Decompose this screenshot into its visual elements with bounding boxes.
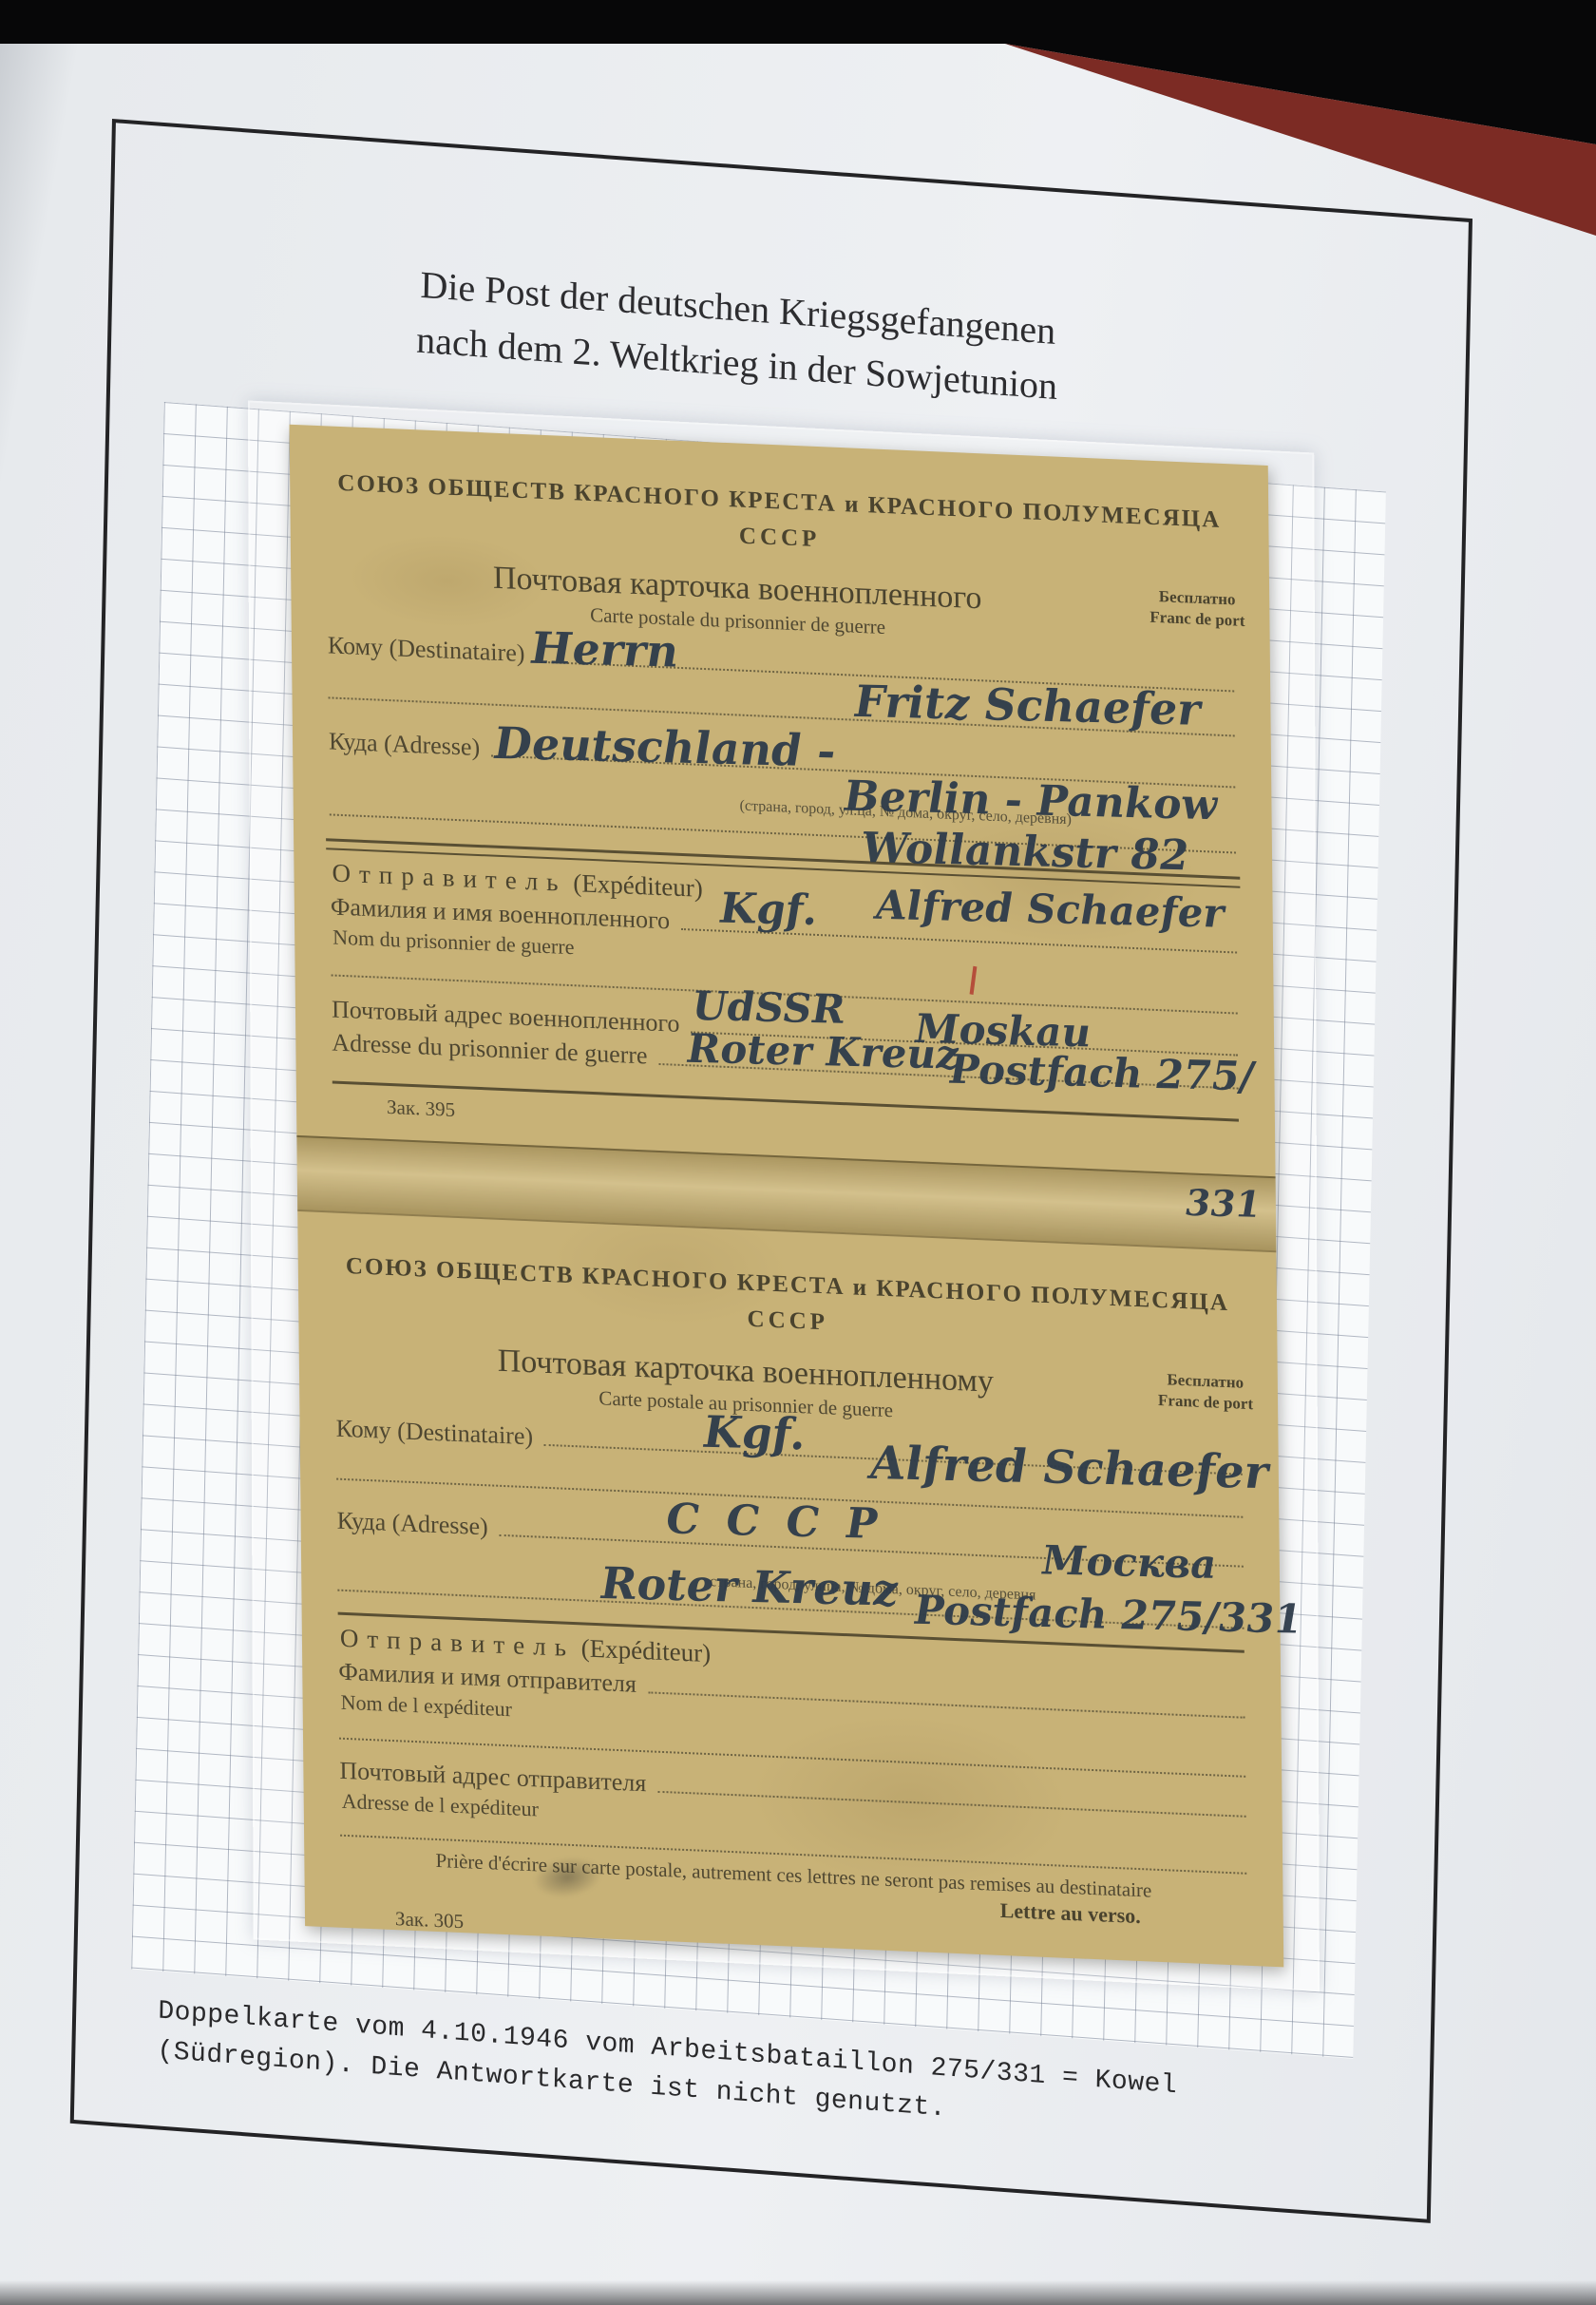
handwriting-fritz-schaefer: Fritz Schaefer <box>854 676 1201 735</box>
photo-bottom-shadow <box>0 2280 1596 2305</box>
handwriting-herrn: Herrn <box>530 622 678 677</box>
reply-handwriting-kgf: Kgf. <box>703 1406 806 1460</box>
reply-handwriting-postfach: Postfach 275/331 <box>914 1587 1303 1643</box>
handwriting-alfred-schaefer: Alfred Schaefer <box>875 882 1225 937</box>
handwriting-wollankstr: Wollankstr 82 <box>861 824 1189 881</box>
free-of-charge-note: Бесплатно Franc de port <box>1149 586 1245 632</box>
address-label: Куда (Adresse) <box>329 725 480 763</box>
sender-ru: Отправитель <box>332 859 566 897</box>
double-postcard: СОЮЗ ОБЩЕСТВ КРАСНОГО КРЕСТА и КРАСНОГО … <box>290 425 1284 1968</box>
handwriting-roter-kreuz: Roter Kreuz <box>687 1025 959 1078</box>
free-of-charge-note: Бесплатно Franc de port <box>1158 1369 1254 1415</box>
handwriting-331: 331 <box>1185 1181 1262 1226</box>
reply-handwriting-moskva: Москва <box>1041 1536 1217 1588</box>
handwriting-deutschland: Deutschland - <box>493 717 836 777</box>
grid-paper: СОЮЗ ОБЩЕСТВ КРАСНОГО КРЕСТА и КРАСНОГО … <box>131 402 1386 2059</box>
handwriting-berlin-pankow: Berlin - Pankow <box>844 772 1218 830</box>
address-label: Куда (Adresse) <box>336 1505 487 1543</box>
free-fr: Franc de port <box>1149 607 1244 632</box>
album-page: Die Post der deutschen Kriegsgefangenen … <box>0 38 1596 2305</box>
handwriting-kgf: Kgf. <box>719 885 817 936</box>
reply-handwriting-cccp: CCCP <box>666 1495 905 1549</box>
to-label: Кому (Destinataire) <box>335 1413 533 1453</box>
free-fr: Franc de port <box>1158 1390 1253 1415</box>
reply-handwriting-alfred-schaefer: Alfred Schaefer <box>869 1437 1269 1499</box>
sender-ru: Отправитель <box>340 1624 575 1662</box>
handwriting-postfach: Postfach 275/ <box>949 1046 1255 1100</box>
page-frame: Die Post der deutschen Kriegsgefangenen … <box>70 119 1472 2223</box>
sender-fr: (Expéditeur) <box>581 1633 712 1667</box>
sender-fr: (Expéditeur) <box>573 868 703 903</box>
reply-handwriting-roter-kreuz: Roter Kreuz <box>599 1557 898 1616</box>
to-label: Кому (Destinataire) <box>328 629 525 669</box>
